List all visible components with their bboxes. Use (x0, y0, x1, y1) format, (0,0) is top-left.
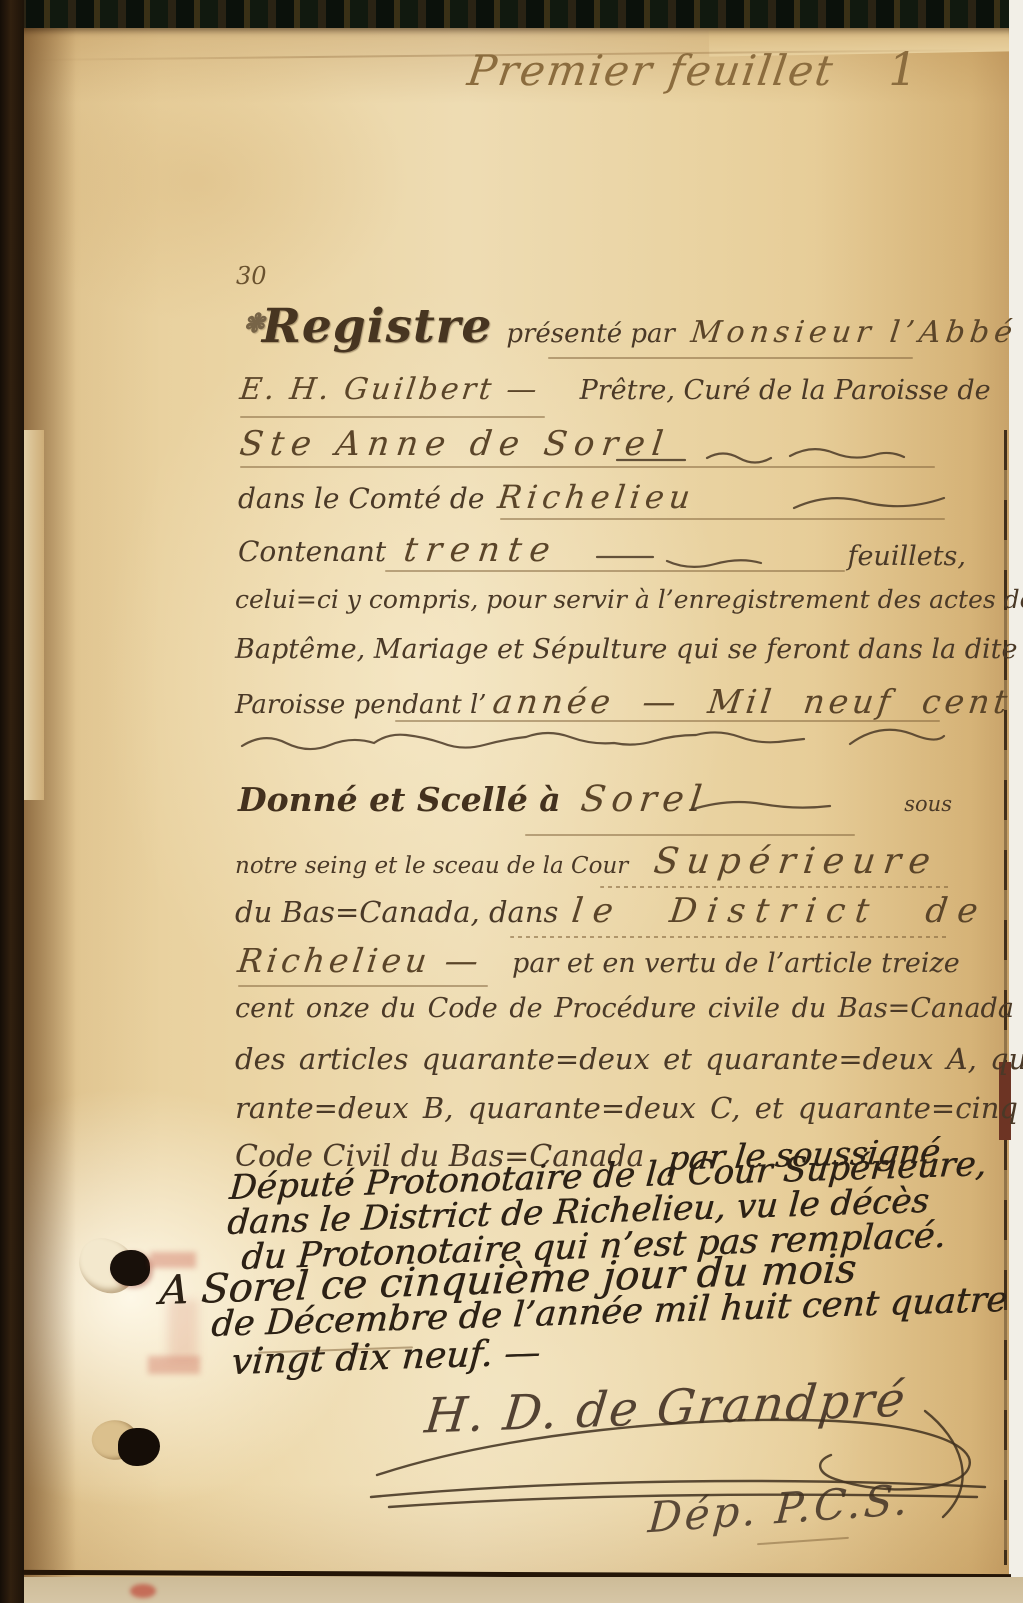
form-rule (548, 357, 913, 359)
printed-given-sealed: Donné et Scellé à (238, 780, 561, 819)
signature-paraph (365, 1405, 995, 1525)
flourish-divider-line (240, 724, 948, 758)
form-line-title: Registre présenté par Monsieur l’Abbé — (243, 299, 1023, 354)
entry-cure-name: E. H. Guilbert — (238, 372, 542, 407)
form-rule (510, 936, 950, 938)
form-line-given-sealed: Donné et Scellé à Sorel sous (238, 779, 952, 820)
red-ink-smudge (130, 1584, 156, 1598)
entry-year: année — Mil neuf cent (490, 682, 1013, 721)
registre-ornate-word: Registre (243, 299, 492, 354)
form-rule (238, 985, 488, 987)
printed-feuillets-label: feuillets, (847, 541, 966, 572)
entry-district: Richelieu — (236, 941, 485, 980)
printed-purpose2: Baptême, Mariage et Sépulture qui se fer… (235, 634, 1017, 665)
form-line-article4: rante=deux B, quarante=deux C, et quaran… (235, 1091, 1023, 1125)
marbled-board-top (0, 0, 1023, 28)
printed-article1: par et en vertu de l’article treize (512, 948, 960, 979)
form-rule (500, 518, 945, 520)
printed-containing-label: Contenant (238, 535, 386, 568)
page-stack-edge (24, 430, 44, 800)
printed-presented-by: présenté par (506, 319, 675, 349)
form-rule (525, 834, 855, 836)
printed-sous: sous (904, 792, 952, 816)
margin-number: 30 (236, 262, 267, 290)
printed-cure-line: Prêtre, Curé de la Paroisse de (580, 375, 991, 406)
book-spine (0, 0, 24, 1603)
printed-bas-canada: du Bas=Canada, dans (235, 895, 558, 929)
form-rule (240, 416, 545, 418)
printed-article4: rante=deux B, quarante=deux C, et quaran… (235, 1091, 1023, 1125)
printed-county-label: dans le Comté de (238, 482, 484, 515)
spine-shadow (24, 0, 76, 1603)
pen-flourish (595, 545, 765, 569)
entry-district-blank: le District de — (570, 891, 1023, 931)
printed-article2: cent onze du Code de Procédure civile du… (235, 993, 1023, 1024)
printed-article3: des articles quarante=deux et quarante=d… (235, 1042, 1023, 1076)
folio-annotation: Premier feuillet 1 (468, 42, 918, 96)
entry-court: Supérieure (652, 841, 941, 882)
printed-purpose3: Paroisse pendant l’ (235, 690, 487, 720)
form-line-bas-canada: du Bas=Canada, dans le District de — (235, 891, 1023, 931)
form-line-article3: des articles quarante=deux et quarante=d… (235, 1042, 1023, 1076)
pen-flourish (792, 490, 947, 516)
form-line-seal: notre seing et le sceau de la Cour Supér… (235, 841, 938, 882)
printed-purpose1: celui=ci y compris, pour servir à l’enre… (235, 585, 1023, 614)
form-line-parish: Ste Anne de Sorel (240, 424, 670, 464)
entry-folio-count: trente (402, 530, 561, 570)
entry-county: Richelieu (496, 478, 697, 516)
entry-presenter: Monsieur l’Abbé — (689, 315, 1023, 350)
form-rule (600, 886, 950, 888)
form-line-purpose2: Baptême, Mariage et Sépulture qui se fer… (235, 634, 1017, 665)
pen-flourish (615, 440, 940, 470)
folio-label: Premier feuillet (465, 46, 838, 95)
page-number: 1 (888, 42, 917, 96)
form-line-district: Richelieu — par et en vertu de l’article… (238, 941, 960, 980)
scan-background-right (1009, 0, 1023, 1603)
entry-parish: Ste Anne de Sorel (238, 424, 673, 464)
punch-hole (110, 1250, 150, 1286)
form-line-purpose3: Paroisse pendant l’ année — Mil neuf cen… (235, 682, 1010, 721)
red-ink-smudge (150, 1252, 196, 1268)
printed-seal-line: notre seing et le sceau de la Cour (235, 853, 628, 879)
form-line-article2: cent onze du Code de Procédure civile du… (235, 993, 1023, 1024)
register-first-folio-scan: Premier feuillet 1 30 Registre présenté … (0, 0, 1023, 1603)
form-line-cure: E. H. Guilbert — Prêtre, Curé de la Paro… (240, 372, 991, 407)
pen-flourish (688, 796, 833, 818)
form-rule (385, 570, 845, 572)
form-line-purpose1: celui=ci y compris, pour servir à l’enre… (235, 585, 1023, 614)
form-line-county: dans le Comté de Richelieu (238, 478, 695, 516)
